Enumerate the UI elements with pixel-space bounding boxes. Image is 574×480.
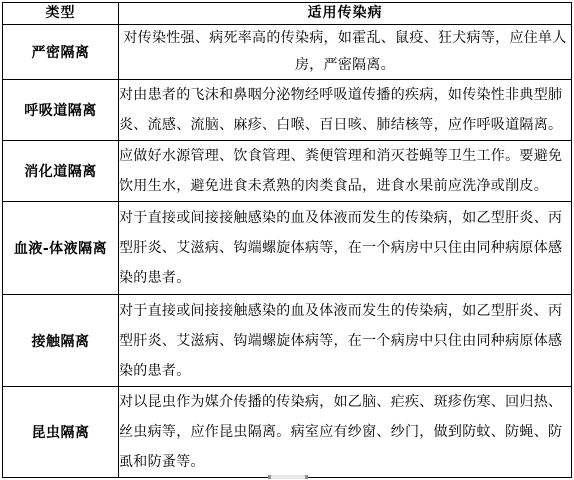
type-cell-respiratory-isolation: 呼吸道隔离 [3,80,119,141]
col-header-type: 类型 [3,3,119,25]
desc-cell-strict-isolation: 对传染性强、病死率高的传染病，如霍乱、鼠疫、狂犬病等，应住单人房，严密隔离。 [119,25,572,80]
desc-cell-blood-bodyfluid-isolation: 对于直接或间接接触感染的血及体液而发生的传染病，如乙型肝炎、丙型肝炎、艾滋病、钩… [119,202,572,295]
table-resize-handle[interactable] [268,475,308,479]
desc-cell-digestive-isolation: 应做好水源管理、饮食管理、粪便管理和消灭苍蝇等卫生工作。要避免饮用生水，避免进食… [119,141,572,202]
table-row: 消化道隔离 应做好水源管理、饮食管理、粪便管理和消灭苍蝇等卫生工作。要避免饮用生… [3,141,572,202]
type-cell-strict-isolation: 严密隔离 [3,25,119,80]
table-row: 严密隔离 对传染性强、病死率高的传染病，如霍乱、鼠疫、狂犬病等，应住单人房，严密… [3,25,572,80]
table-row: 血液-体液隔离 对于直接或间接接触感染的血及体液而发生的传染病，如乙型肝炎、丙型… [3,202,572,295]
type-cell-blood-bodyfluid-isolation: 血液-体液隔离 [3,202,119,295]
table-header-row: 类型 适用传染病 [3,3,572,25]
type-cell-digestive-isolation: 消化道隔离 [3,141,119,202]
table-row: 呼吸道隔离 对由患者的飞沫和鼻咽分泌物经呼吸道传播的疾病，如传染性非典型肺炎、流… [3,80,572,141]
col-header-applicable-diseases: 适用传染病 [119,3,572,25]
type-cell-insect-isolation: 昆虫隔离 [3,387,119,478]
desc-cell-insect-isolation: 对以昆虫作为媒介传播的传染病，如乙脑、疟疾、斑疹伤寒、回归热、丝虫病等，应作昆虫… [119,387,572,478]
document-page: 类型 适用传染病 严密隔离 对传染性强、病死率高的传染病，如霍乱、鼠疫、狂犬病等… [0,0,574,480]
desc-cell-respiratory-isolation: 对由患者的飞沫和鼻咽分泌物经呼吸道传播的疾病，如传染性非典型肺炎、流感、流脑、麻… [119,80,572,141]
isolation-types-table: 类型 适用传染病 严密隔离 对传染性强、病死率高的传染病，如霍乱、鼠疫、狂犬病等… [2,2,572,478]
desc-cell-contact-isolation: 对于直接或间接接触感染的血及体液而发生的传染病，如乙型肝炎、丙型肝炎、艾滋病、钩… [119,295,572,387]
type-cell-contact-isolation: 接触隔离 [3,295,119,387]
table-row: 接触隔离 对于直接或间接接触感染的血及体液而发生的传染病，如乙型肝炎、丙型肝炎、… [3,295,572,387]
table-row: 昆虫隔离 对以昆虫作为媒介传播的传染病，如乙脑、疟疾、斑疹伤寒、回归热、丝虫病等… [3,387,572,478]
